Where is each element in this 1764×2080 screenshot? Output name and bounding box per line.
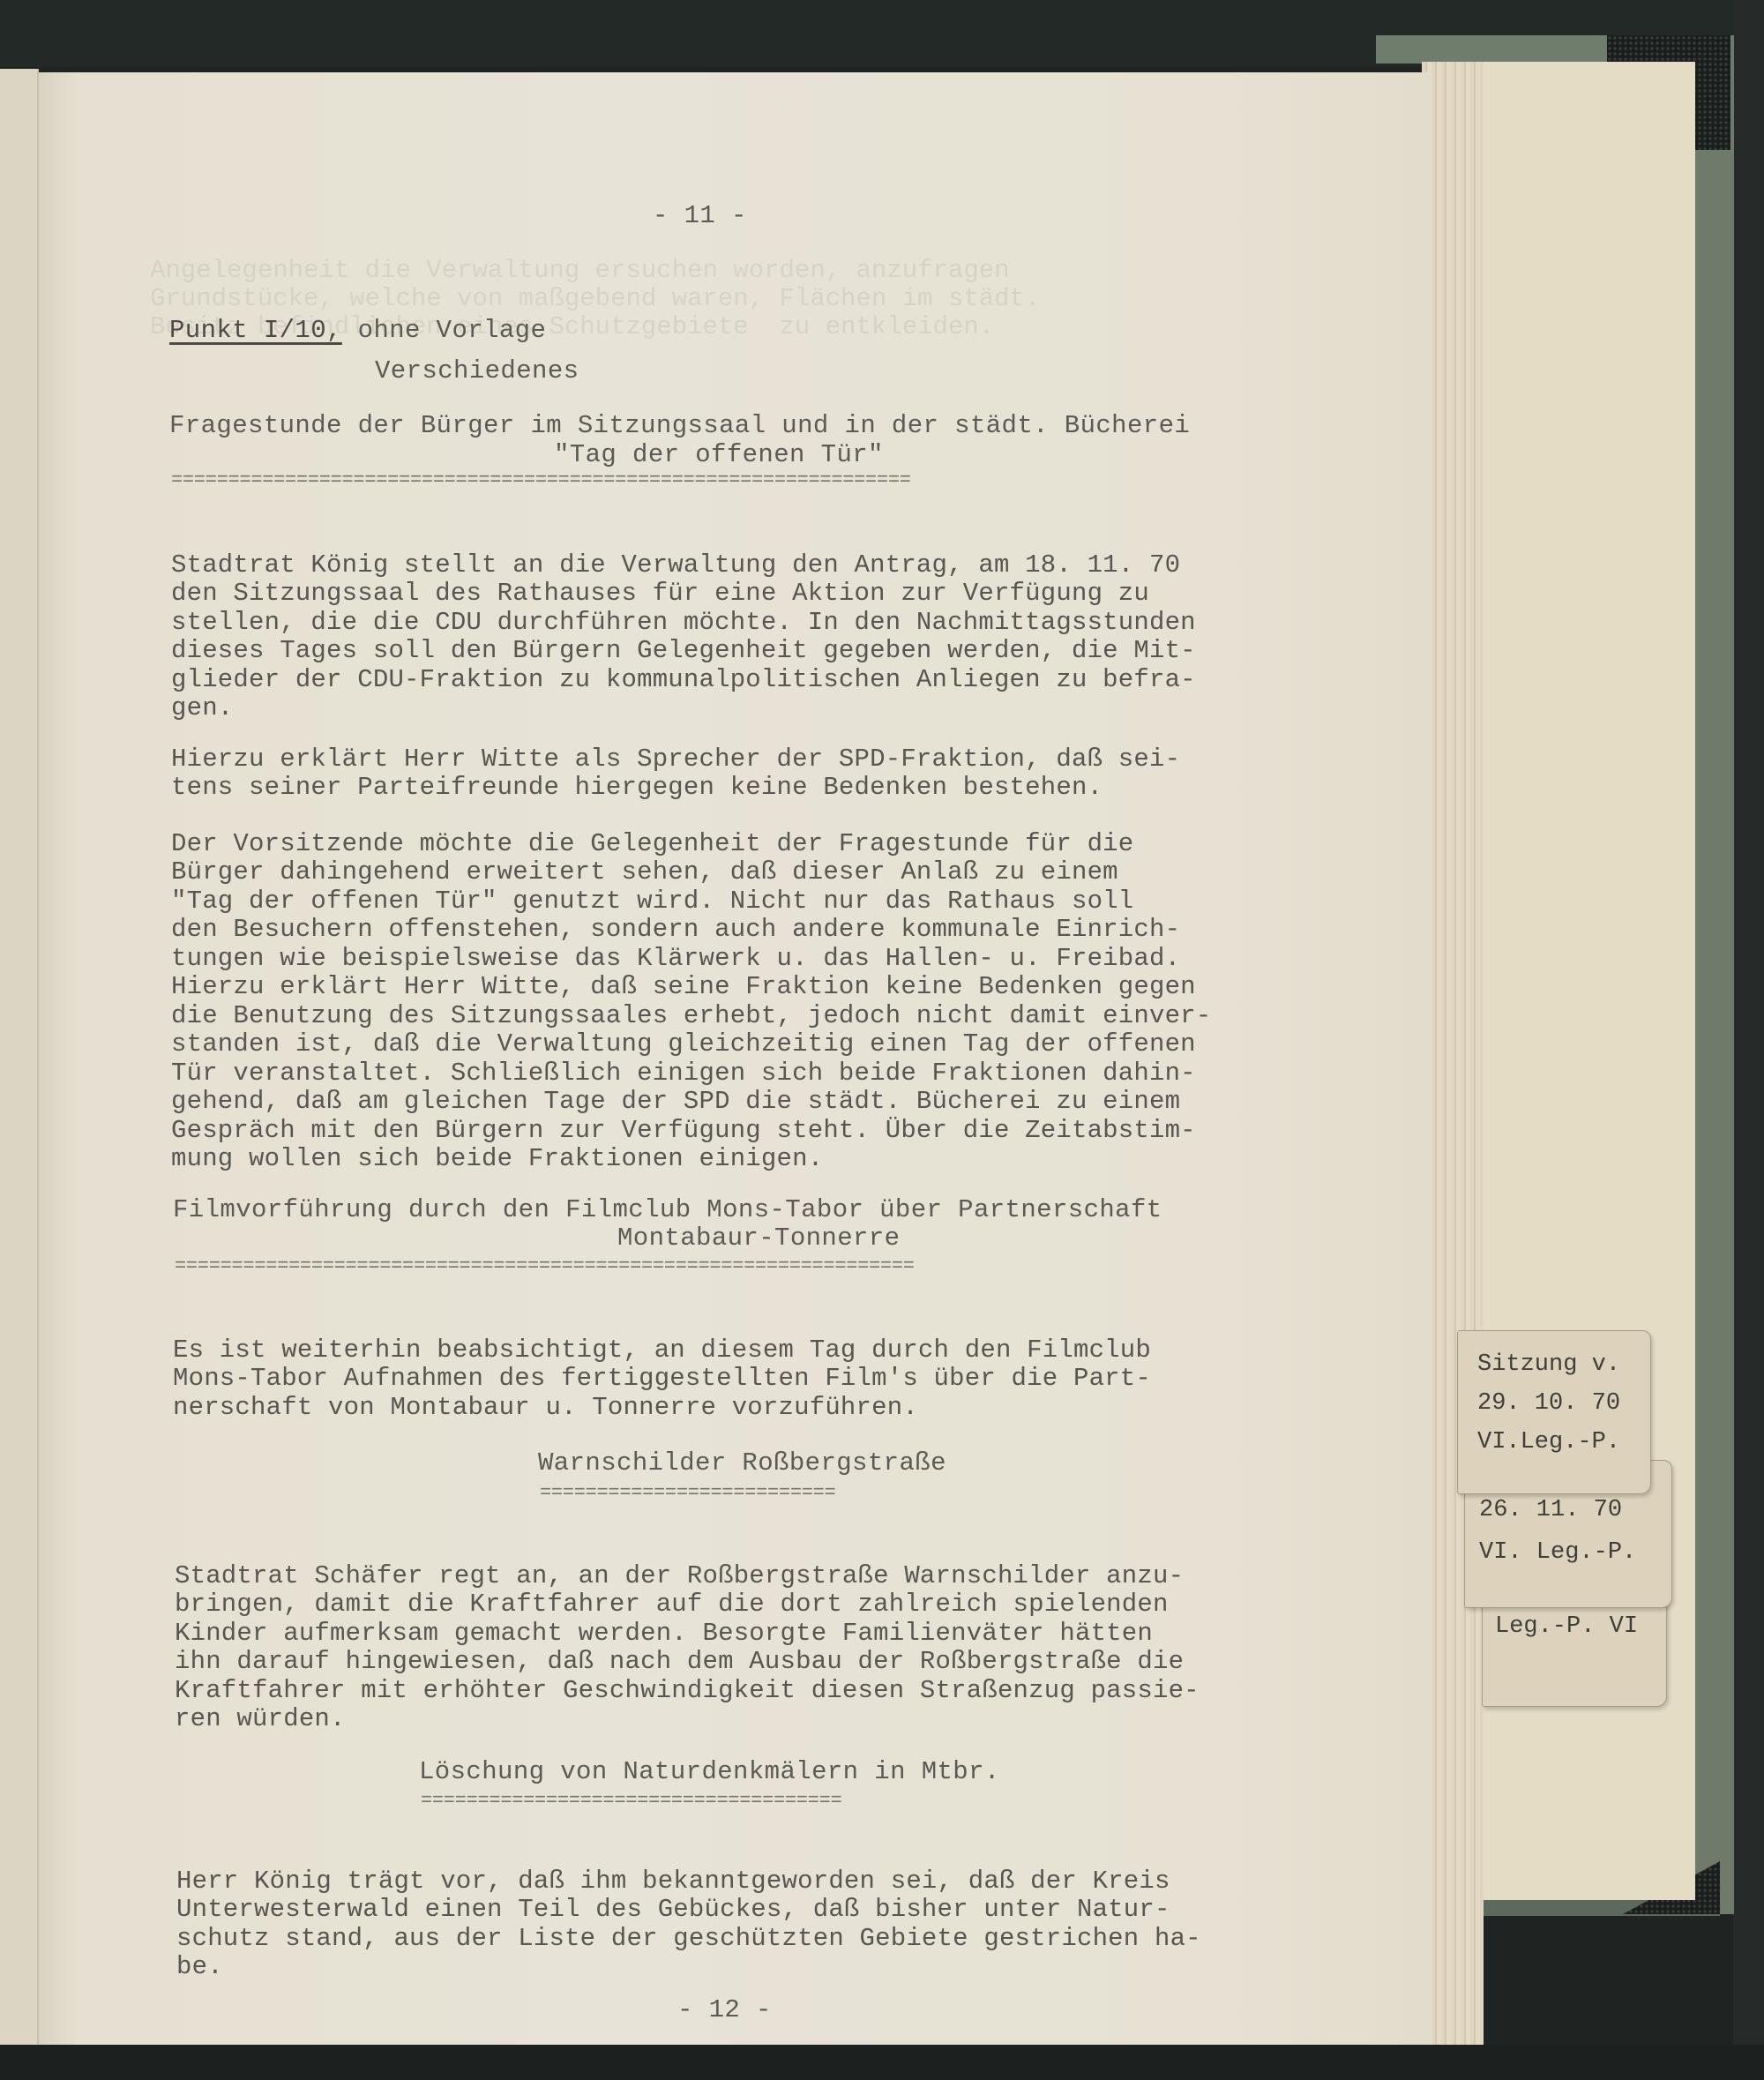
text-line: be. xyxy=(176,1953,1201,1982)
text-line: stellen, die die CDU durchführen möchte.… xyxy=(171,609,1196,638)
page-number-top: - 11 - xyxy=(653,201,747,230)
bleed-through-text: Grundstücke, welche von maßgebend waren,… xyxy=(150,284,1040,313)
text-line: gehend, daß am gleichen Tage der SPD die… xyxy=(171,1088,1211,1117)
text-line: Stadtrat Schäfer regt an, an der Roßberg… xyxy=(175,1562,1200,1591)
text-line: Herr König trägt vor, daß ihm bekanntgew… xyxy=(176,1867,1201,1897)
text-line: Gespräch mit den Bürgern zur Verfügung s… xyxy=(171,1117,1211,1146)
text-line: "Tag der offenen Tür" genutzt wird. Nich… xyxy=(171,887,1211,917)
text-line: Mons-Tabor Aufnahmen des fertiggestellte… xyxy=(173,1365,1151,1394)
text-line: Tür veranstaltet. Schließlich einigen si… xyxy=(171,1059,1211,1089)
section-separator: ========================================… xyxy=(175,1257,1261,1276)
tab-line: Sitzung v. xyxy=(1477,1345,1650,1384)
section-heading: Fragestunde der Bürger im Sitzungssaal u… xyxy=(169,411,1190,440)
tab-line: 26. 11. 70 xyxy=(1479,1491,1671,1530)
text-line: Hierzu erklärt Herr Witte als Sprecher d… xyxy=(171,745,1180,774)
text-line: Bürger dahingehend erweitert sehen, daß … xyxy=(171,858,1211,887)
board-edge-right xyxy=(1695,35,1734,1914)
section-heading: Filmvorführung durch den Filmclub Mons-T… xyxy=(173,1195,1162,1224)
book-cover-bottom xyxy=(0,2045,1764,2080)
text-line: standen ist, daß die Verwaltung gleichze… xyxy=(171,1030,1211,1059)
text-line: ren würden. xyxy=(175,1705,1200,1734)
book-cover-right xyxy=(1733,0,1764,2080)
text-line: ihn darauf hingewiesen, daß nach dem Aus… xyxy=(175,1648,1200,1677)
text-line: Stadtrat König stellt an die Verwaltung … xyxy=(171,551,1196,580)
text-line: bringen, damit die Kraftfahrer auf die d… xyxy=(175,1590,1200,1620)
agenda-item-header: Punkt I/10, ohne Vorlage xyxy=(169,316,546,345)
text-line: tens seiner Parteifreunde hiergegen kein… xyxy=(171,774,1180,803)
section-heading: Montabaur-Tonnerre xyxy=(617,1223,900,1253)
section-heading: "Tag der offenen Tür" xyxy=(554,440,884,469)
bleed-through-text: Angelegenheit die Verwaltung ersuchen wo… xyxy=(150,256,1010,285)
index-tab-1[interactable]: Sitzung v. 29. 10. 70 VI.Leg.-P. xyxy=(1457,1330,1651,1494)
text-line: die Benutzung des Sitzungssaales erhebt,… xyxy=(171,1002,1211,1031)
section-heading: Warnschilder Roßbergstraße xyxy=(538,1448,946,1478)
section-separator: ===================================== xyxy=(421,1792,1058,1811)
text-line: dieses Tages soll den Bürgern Gelegenhei… xyxy=(171,637,1196,666)
tab-line: VI.Leg.-P. xyxy=(1477,1423,1650,1462)
previous-page-edge xyxy=(0,69,39,2045)
text-line: den Sitzungssaal des Rathauses für eine … xyxy=(171,580,1196,609)
text-line: tungen wie beispielsweise das Klärwerk u… xyxy=(171,945,1211,974)
tab-line: VI. Leg.-P. xyxy=(1479,1533,1671,1572)
text-line: Kraftfahrer mit erhöhter Geschwindigkeit… xyxy=(175,1677,1200,1706)
text-line: glieder der CDU-Fraktion zu kommunalpoli… xyxy=(171,666,1196,695)
text-line: Es ist weiterhin beabsichtigt, an diesem… xyxy=(173,1336,1151,1365)
agenda-item-title: Verschiedenes xyxy=(375,356,579,385)
section-heading: Löschung von Naturdenkmälern in Mtbr. xyxy=(419,1757,1000,1786)
text-line: Hierzu erklärt Herr Witte, daß seine Fra… xyxy=(171,973,1211,1002)
section-separator: ========================== xyxy=(540,1484,986,1503)
tab-line: 29. 10. 70 xyxy=(1477,1384,1650,1423)
section-separator: ========================================… xyxy=(171,471,1284,490)
text-line: Kinder aufmerksam gemacht werden. Besorg… xyxy=(175,1620,1200,1649)
paragraph: Stadtrat Schäfer regt an, an der Roßberg… xyxy=(175,1533,1200,1762)
text-line: mung wollen sich beide Fraktionen einige… xyxy=(171,1145,1211,1174)
agenda-item-label: Punkt I/10, xyxy=(169,316,342,345)
agenda-item-suffix: ohne Vorlage xyxy=(342,316,546,345)
paragraph: Es ist weiterhin beabsichtigt, an diesem… xyxy=(173,1307,1151,1451)
tab-line: Leg.-P. VI xyxy=(1495,1607,1666,1646)
text-line: nerschaft von Montabaur u. Tonnerre vorz… xyxy=(173,1394,1151,1423)
text-line: schutz stand, aus der Liste der geschütz… xyxy=(176,1925,1201,1954)
paragraph: Herr König trägt vor, daß ihm bekanntgew… xyxy=(176,1838,1201,2010)
page-number-bottom: - 12 - xyxy=(677,1995,772,2024)
text-line: den Besuchern offenstehen, sondern auch … xyxy=(171,916,1211,945)
text-line: Unterwesterwald einen Teil des Gebückes,… xyxy=(176,1896,1201,1925)
paragraph: Der Vorsitzende möchte die Gelegenheit d… xyxy=(171,801,1211,1202)
text-line: Der Vorsitzende möchte die Gelegenheit d… xyxy=(171,830,1211,859)
